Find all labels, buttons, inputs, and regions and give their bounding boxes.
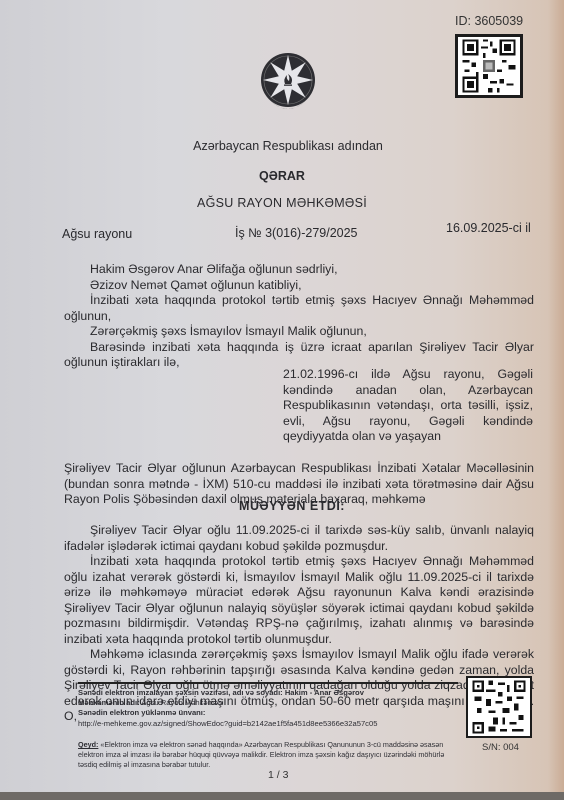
document-page: ID: 3605039 [0,0,564,800]
court-name: AĞSU RAYON MƏHKƏMƏSİ [0,196,564,210]
case-number: İş № 3(016)-279/2025 [235,226,358,240]
decision-date: 16.09.2025-ci il [446,221,531,235]
url-label: Sənədin elektron yüklənmə ünvanı: [78,708,205,717]
finding-paragraph: İnzibati xəta haqqında protokol tərtib e… [64,554,534,647]
legal-note: Qeyd: «Elektron imza və elektron sənəd h… [78,740,463,769]
signer-label: Sənədi elektron imzalayan şəxsin vəzifəs… [78,688,283,697]
page-indicator: 1 / 3 [268,769,288,781]
qr-code-icon [455,34,523,98]
state-emblem-icon [256,48,320,120]
document-id: ID: 3605039 [455,14,523,28]
document-url-link[interactable]: http://e-mehkeme.gov.az/signed/ShowEdoc?… [78,719,448,729]
issuer-line: Azərbaycan Respublikası adından [6,139,564,153]
paper-edge-shadow [548,0,564,800]
section-heading: MÜƏYYƏN ETDİ: [10,499,564,513]
note-text: «Elektron imza və elektron sənəd haqqınd… [78,740,444,769]
participant-judge: Hakim Əsgərov Anar Əlifağa oğlunun sədrl… [64,262,534,278]
participant-defendant: Barəsində inzibati xəta haqqında iş üzrə… [64,340,534,371]
participants-block: Hakim Əsgərov Anar Əlifağa oğlunun sədrl… [64,262,534,371]
signer-value: Hakim - Anar Əsgərov [285,688,364,697]
district: Ağsu rayonu [62,227,132,241]
participant-victim: Zərərçəkmiş şəxs İsmayılov İsmayıl Malik… [64,324,534,340]
participant-secretary: Əzizov Nemət Qamət oğlunun katibliyi, [64,278,534,294]
serial-number: S/N: 004 [482,742,519,753]
note-label: Qeyd: [78,740,98,749]
document-title: QƏRAR [0,169,564,183]
divider [78,682,458,684]
court-value: Ağsu Rayon Məhkəməsi [141,698,223,707]
signature-block: Sənədi elektron imzalayan şəxsin vəzifəs… [78,688,448,729]
finding-paragraph: Şirəliyev Tacir Əlyar oğlu 11.09.2025-ci… [64,523,534,554]
participant-protocol-officer: İnzibati xəta haqqında protokol tərtib e… [64,293,534,324]
paper-bottom-edge [0,792,564,800]
court-label: Məhkəmənin adı: [78,698,140,707]
qr-code-icon [466,676,532,738]
defendant-details: 21.02.1996-cı ildə Ağsu rayonu, Gəgəli k… [283,367,533,445]
